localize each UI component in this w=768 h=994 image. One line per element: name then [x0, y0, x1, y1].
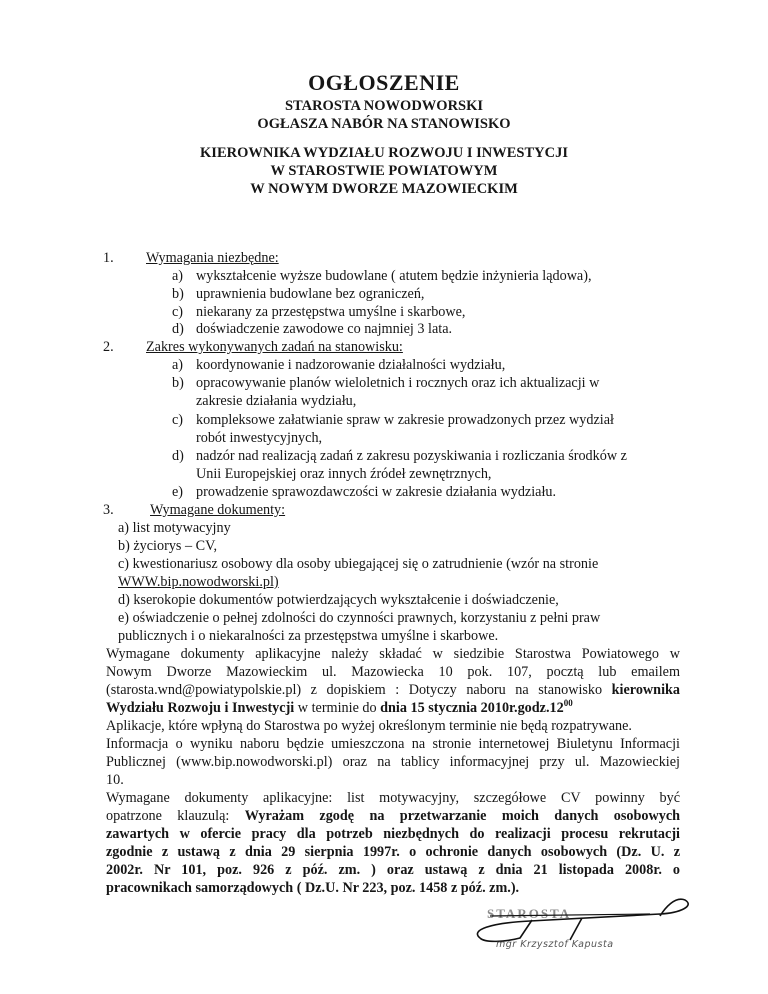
list-item-continuation: Unii Europejskiej oraz innych źródeł zew…	[196, 466, 491, 483]
list-item: uprawnienia budowlane bez ograniczeń,	[196, 286, 424, 303]
signatory-name: mgr Krzysztof Kapusta	[496, 939, 614, 950]
list-label: b)	[172, 375, 184, 392]
announcement-line: OGŁASZA NABÓR NA STANOWISKO	[0, 116, 768, 133]
list-item: nadzór nad realizacją zadań z zakresu po…	[196, 448, 627, 465]
document-item: a) list motywacyjny	[118, 520, 231, 537]
submission-text: Wymagane dokumenty aplikacyjne należy sk…	[106, 646, 680, 663]
document-item-continuation: publicznych i o niekaralności za przestę…	[118, 628, 498, 645]
list-label: d)	[172, 448, 184, 465]
list-label: a)	[172, 268, 183, 285]
info-text: Informacja o wyniku naboru będzie umiesz…	[106, 736, 680, 753]
document-page: OGŁOSZENIE STAROSTA NOWODWORSKI OGŁASZA …	[0, 0, 768, 994]
document-item: d) kserokopie dokumentów potwierdzającyc…	[118, 592, 559, 609]
clause-text: opatrzone klauzulą: Wyrażam zgodę na prz…	[106, 808, 680, 825]
department-bold: Wydziału Rozwoju i Inwestycji	[106, 700, 294, 716]
position-bold: kierownika	[612, 682, 680, 698]
clause-text: 2002r. Nr 101, poz. 926 z póź. zm. ) ora…	[106, 862, 680, 879]
position-office: W STAROSTWIE POWIATOWYM	[0, 163, 768, 180]
list-label: c)	[172, 412, 183, 429]
list-item: kompleksowe załatwianie spraw w zakresie…	[196, 412, 614, 429]
document-item: b) życiorys – CV,	[118, 538, 217, 555]
clause-text: zgodnie z ustawą z dnia 29 sierpnia 1997…	[106, 844, 680, 861]
deadline-date: dnia 15 stycznia 2010r.godz.12	[380, 700, 564, 716]
late-notice: Aplikacje, które wpłyną do Starostwa po …	[106, 718, 632, 735]
section-heading: Wymagane dokumenty:	[150, 502, 285, 519]
bip-link[interactable]: WWW.bip.nowodworski.pl)	[118, 574, 279, 591]
section-number: 3.	[103, 502, 114, 519]
submission-text: (starosta.wnd@powiatypolskie.pl) z dopis…	[106, 682, 680, 699]
list-item: doświadczenie zawodowe co najmniej 3 lat…	[196, 321, 452, 338]
list-item-continuation: robót inwestycyjnych,	[196, 430, 322, 447]
issuer: STAROSTA NOWODWORSKI	[0, 98, 768, 115]
deadline-connector: w terminie do	[294, 700, 380, 716]
list-item: koordynowanie i nadzorowanie działalnośc…	[196, 357, 505, 374]
list-label: d)	[172, 321, 184, 338]
list-item-continuation: zakresie działania wydziału,	[196, 393, 356, 410]
deadline-minutes: 00	[564, 698, 573, 708]
section-number: 2.	[103, 339, 114, 356]
list-item: niekarany za przestępstwa umyślne i skar…	[196, 304, 465, 321]
list-item: prowadzenie sprawozdawczości w zakresie …	[196, 484, 556, 501]
submission-text: Nowym Dworze Mazowieckim ul. Mazowiecka …	[106, 664, 680, 681]
position-title: KIEROWNIKA WYDZIAŁU ROZWOJU I INWESTYCJI	[0, 145, 768, 162]
section-heading: Wymagania niezbędne:	[146, 250, 279, 267]
list-label: e)	[172, 484, 183, 501]
deadline-text: Wydziału Rozwoju i Inwestycji w terminie…	[106, 700, 573, 717]
section-heading: Zakres wykonywanych zadań na stanowisku:	[146, 339, 403, 356]
section-number: 1.	[103, 250, 114, 267]
clause-label: opatrzone klauzulą:	[106, 808, 245, 824]
list-label: a)	[172, 357, 183, 374]
clause-text: zawartych w ofercie pracy dla potrzeb ni…	[106, 826, 680, 843]
clause-text: pracownikach samorządowych ( Dz.U. Nr 22…	[106, 880, 519, 897]
info-text: 10.	[106, 772, 124, 789]
position-location: W NOWYM DWORZE MAZOWIECKIM	[0, 181, 768, 198]
list-label: b)	[172, 286, 184, 303]
list-label: c)	[172, 304, 183, 321]
document-item: e) oświadczenie o pełnej zdolności do cz…	[118, 610, 600, 627]
list-item: opracowywanie planów wieloletnich i rocz…	[196, 375, 599, 392]
clause-bold: Wyrażam zgodę na przetwarzanie moich dan…	[245, 808, 680, 824]
info-text: Publicznej (www.bip.nowodworski.pl) oraz…	[106, 754, 680, 771]
clause-intro: Wymagane dokumenty aplikacyjne: list mot…	[106, 790, 680, 807]
document-item: c) kwestionariusz osobowy dla osoby ubie…	[118, 556, 598, 573]
document-title: OGŁOSZENIE	[0, 70, 768, 96]
list-item: wykształcenie wyższe budowlane ( atutem …	[196, 268, 592, 285]
email-text: (starosta.wnd@powiatypolskie.pl) z dopis…	[106, 682, 612, 698]
